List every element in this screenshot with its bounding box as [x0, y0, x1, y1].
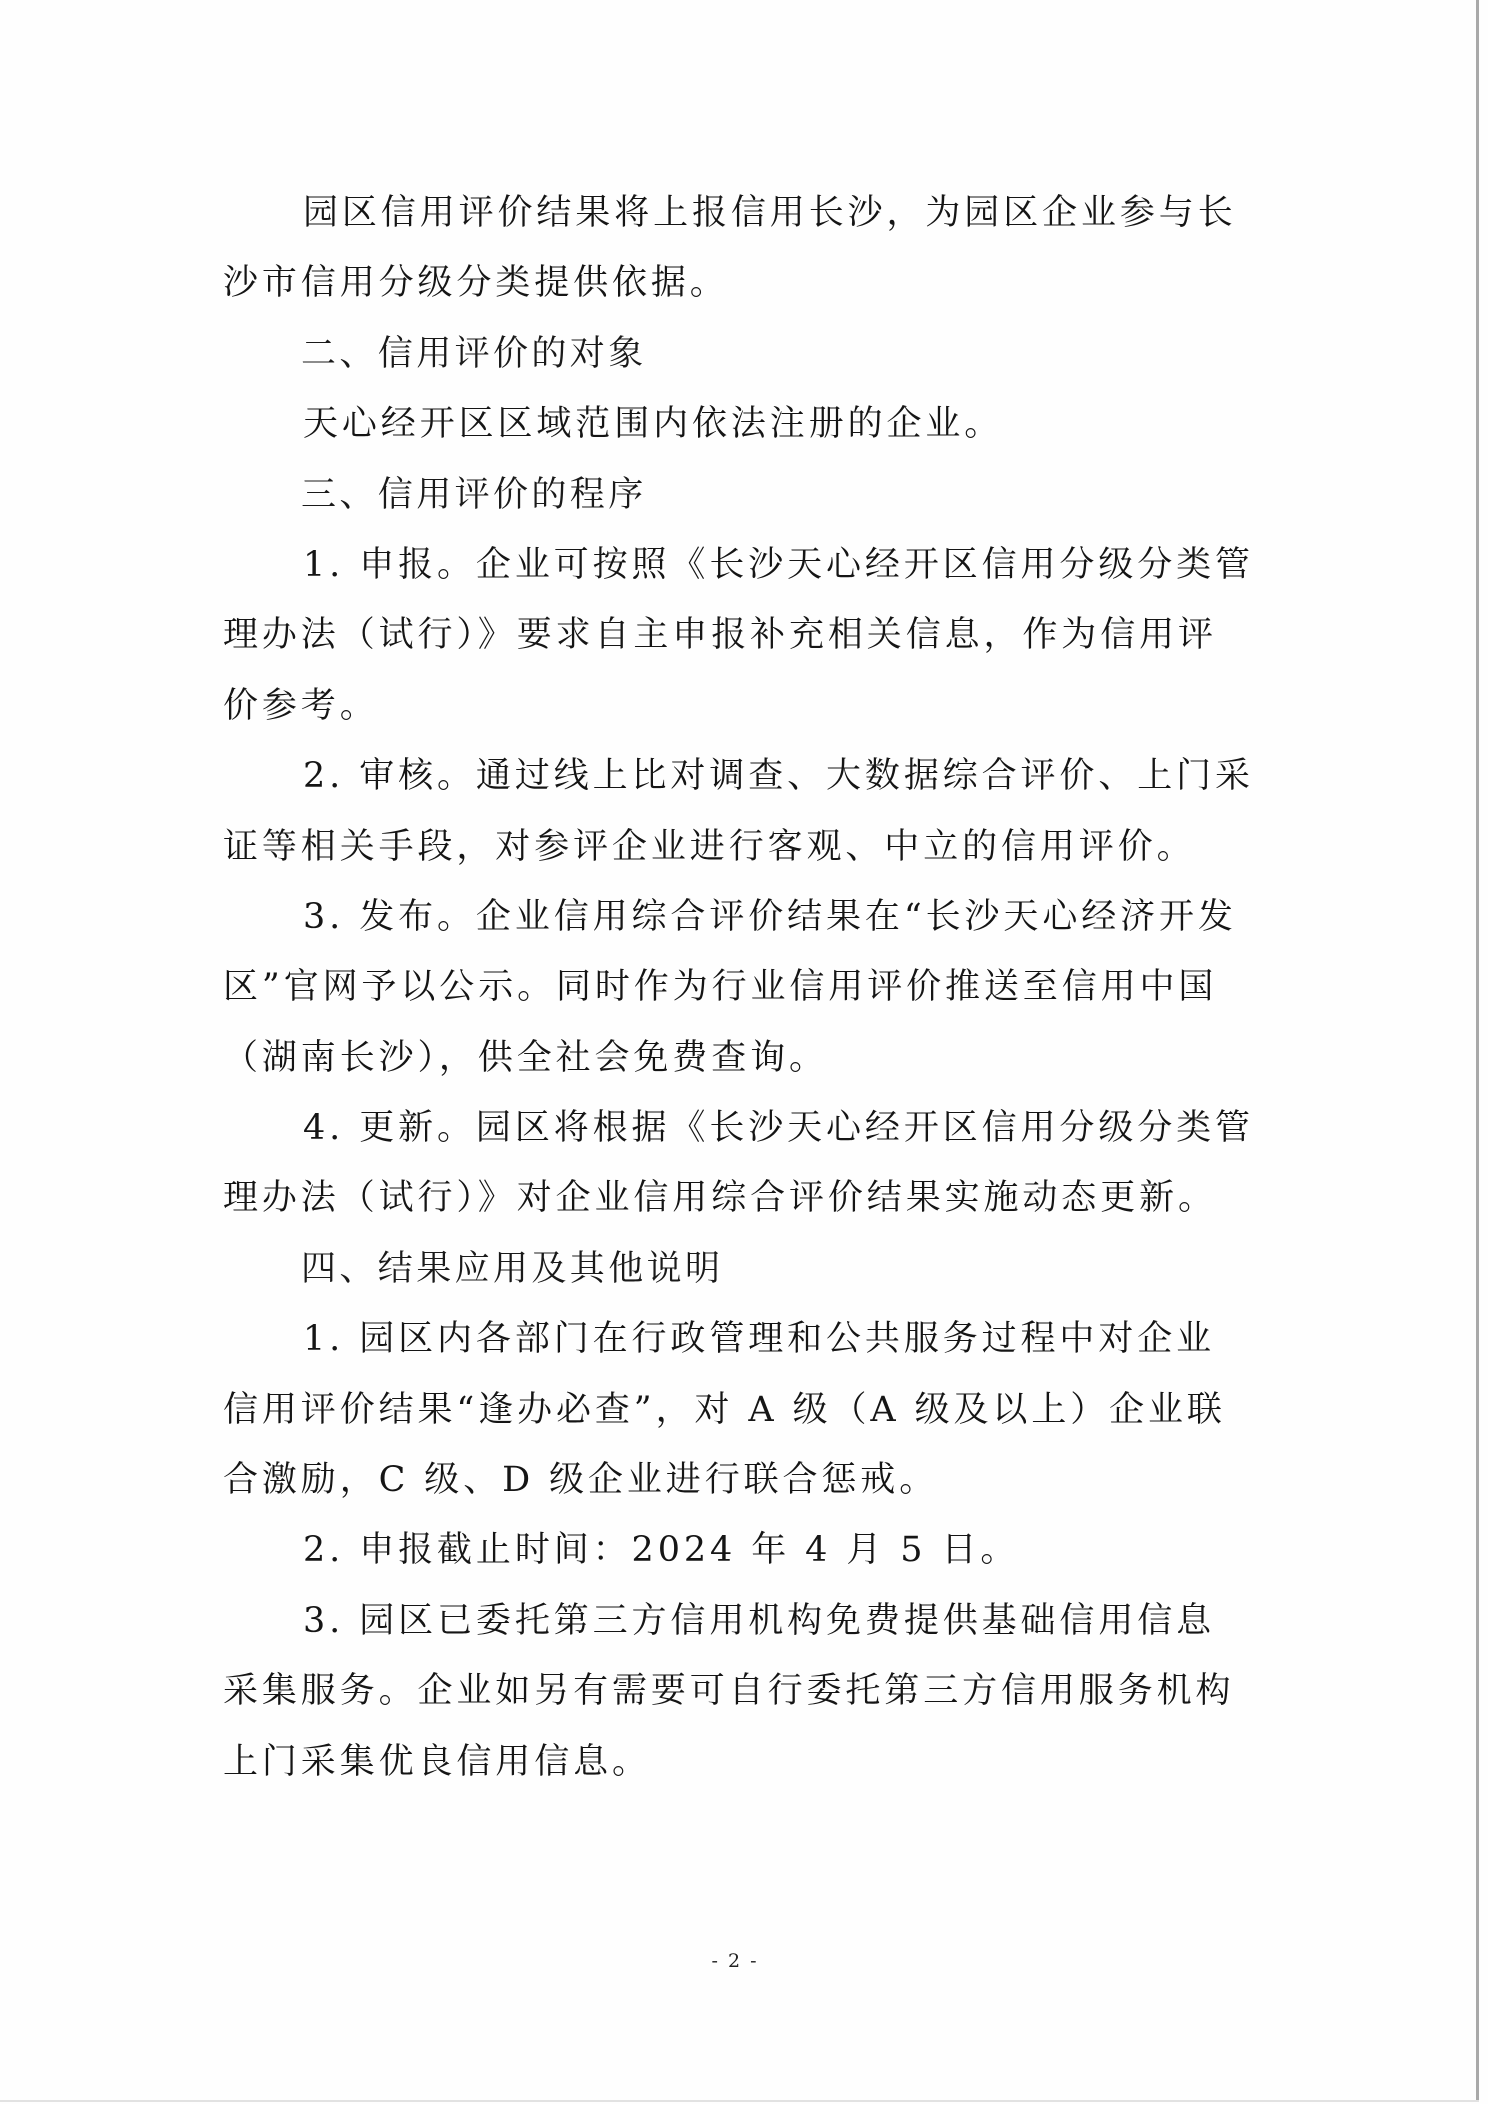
- document-page: 园区信用评价结果将上报信用长沙，为园区企业参与长 沙市信用分级分类提供依据。 二…: [0, 0, 1488, 2104]
- page-number: - 2 -: [700, 1950, 770, 1972]
- paragraph-line: 天心经开区区域范围内依法注册的企业。: [223, 389, 1247, 459]
- paragraph-line: 1. 园区内各部门在行政管理和公共服务过程中对企业: [223, 1304, 1247, 1374]
- paragraph-line: 区”官网予以公示。同时作为行业信用评价推送至信用中国: [223, 952, 1247, 1022]
- page-right-border: [1476, 0, 1479, 2100]
- paragraph-line: 合激励，C 级、D 级企业进行联合惩戒。: [223, 1445, 1247, 1515]
- paragraph-line: 理办法（试行）》要求自主申报补充相关信息，作为信用评: [223, 600, 1247, 670]
- paragraph-line: 信用评价结果“逢办必查”，对 A 级（A 级及以上）企业联: [223, 1375, 1247, 1445]
- paragraph-line: 4. 更新。园区将根据《长沙天心经开区信用分级分类管: [223, 1093, 1247, 1163]
- paragraph-line: 价参考。: [223, 671, 1247, 741]
- paragraph-line: 3. 园区已委托第三方信用机构免费提供基础信用信息: [223, 1586, 1247, 1656]
- paragraph-line: 园区信用评价结果将上报信用长沙，为园区企业参与长: [223, 178, 1247, 248]
- paragraph-line: 1. 申报。企业可按照《长沙天心经开区信用分级分类管: [223, 530, 1247, 600]
- paragraph-line: 上门采集优良信用信息。: [223, 1727, 1247, 1797]
- paragraph-line: 3. 发布。企业信用综合评价结果在“长沙天心经济开发: [223, 882, 1247, 952]
- section-heading: 三、信用评价的程序: [223, 460, 1247, 530]
- paragraph-line: （湖南长沙），供全社会免费查询。: [223, 1023, 1247, 1093]
- paragraph-line: 沙市信用分级分类提供依据。: [223, 248, 1247, 318]
- document-body: 园区信用评价结果将上报信用长沙，为园区企业参与长 沙市信用分级分类提供依据。 二…: [223, 178, 1247, 1797]
- paragraph-line: 采集服务。企业如另有需要可自行委托第三方信用服务机构: [223, 1656, 1247, 1726]
- paragraph-line: 理办法（试行）》对企业信用综合评价结果实施动态更新。: [223, 1163, 1247, 1233]
- paragraph-line: 2. 审核。通过线上比对调查、大数据综合评价、上门采: [223, 741, 1247, 811]
- section-heading: 二、信用评价的对象: [223, 319, 1247, 389]
- page-bottom-border: [0, 2100, 1479, 2102]
- paragraph-line: 证等相关手段，对参评企业进行客观、中立的信用评价。: [223, 812, 1247, 882]
- paragraph-line: 2. 申报截止时间：2024 年 4 月 5 日。: [223, 1515, 1247, 1585]
- section-heading: 四、结果应用及其他说明: [223, 1234, 1247, 1304]
